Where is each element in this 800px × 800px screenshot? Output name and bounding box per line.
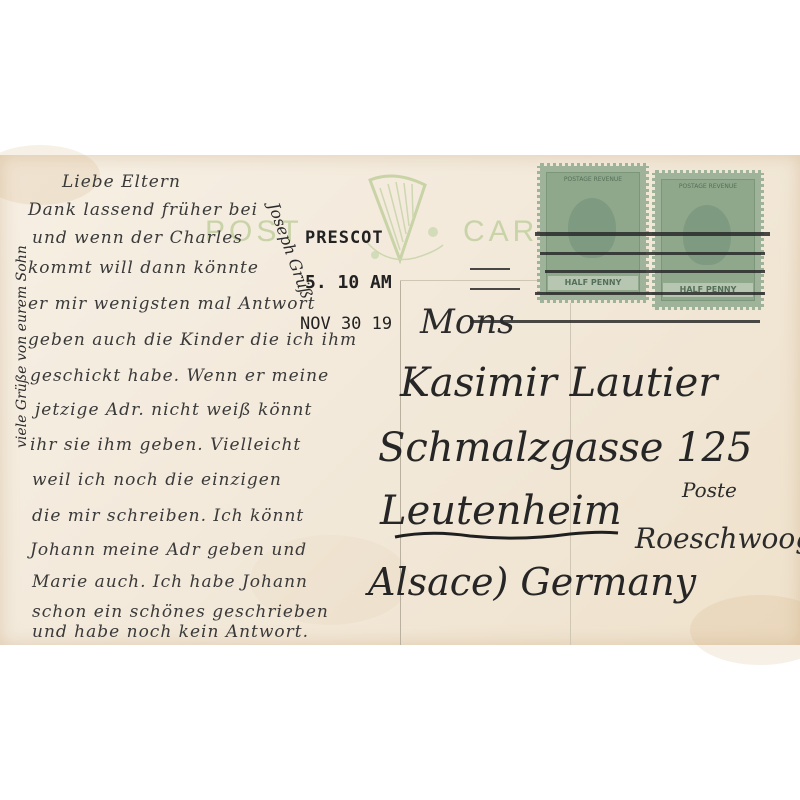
- printed-rule: [400, 280, 540, 281]
- cancel-line: [535, 232, 770, 236]
- address-street: Schmalzgasse 125: [378, 425, 752, 471]
- stamp-half-penny-2: POSTAGE REVENUE HALF PENNY: [652, 170, 764, 310]
- margin-text-left: viele Grüße von eurem Sohn: [14, 228, 30, 448]
- address-salutation: Mons: [420, 302, 515, 342]
- postmark-town: PRESCOT: [305, 228, 384, 248]
- stain: [690, 595, 800, 665]
- stamp-value-label: HALF PENNY: [548, 276, 638, 290]
- harp-emblem-icon: [355, 170, 445, 270]
- cancel-line: [470, 268, 510, 270]
- address-name: Kasimir Lautier: [400, 360, 717, 406]
- postmark-time: 5. 10 AM: [305, 272, 392, 293]
- cancel-line: [470, 288, 520, 290]
- underline-flourish: [390, 528, 620, 542]
- king-portrait-icon: [568, 198, 616, 258]
- cancel-line: [535, 292, 765, 295]
- address-country: Alsace) Germany: [368, 560, 696, 604]
- address-note-poste: Poste: [682, 478, 737, 502]
- address-note-town: Roeschwoog: [635, 522, 800, 555]
- cancel-line: [540, 252, 765, 255]
- cancel-line: [545, 270, 765, 273]
